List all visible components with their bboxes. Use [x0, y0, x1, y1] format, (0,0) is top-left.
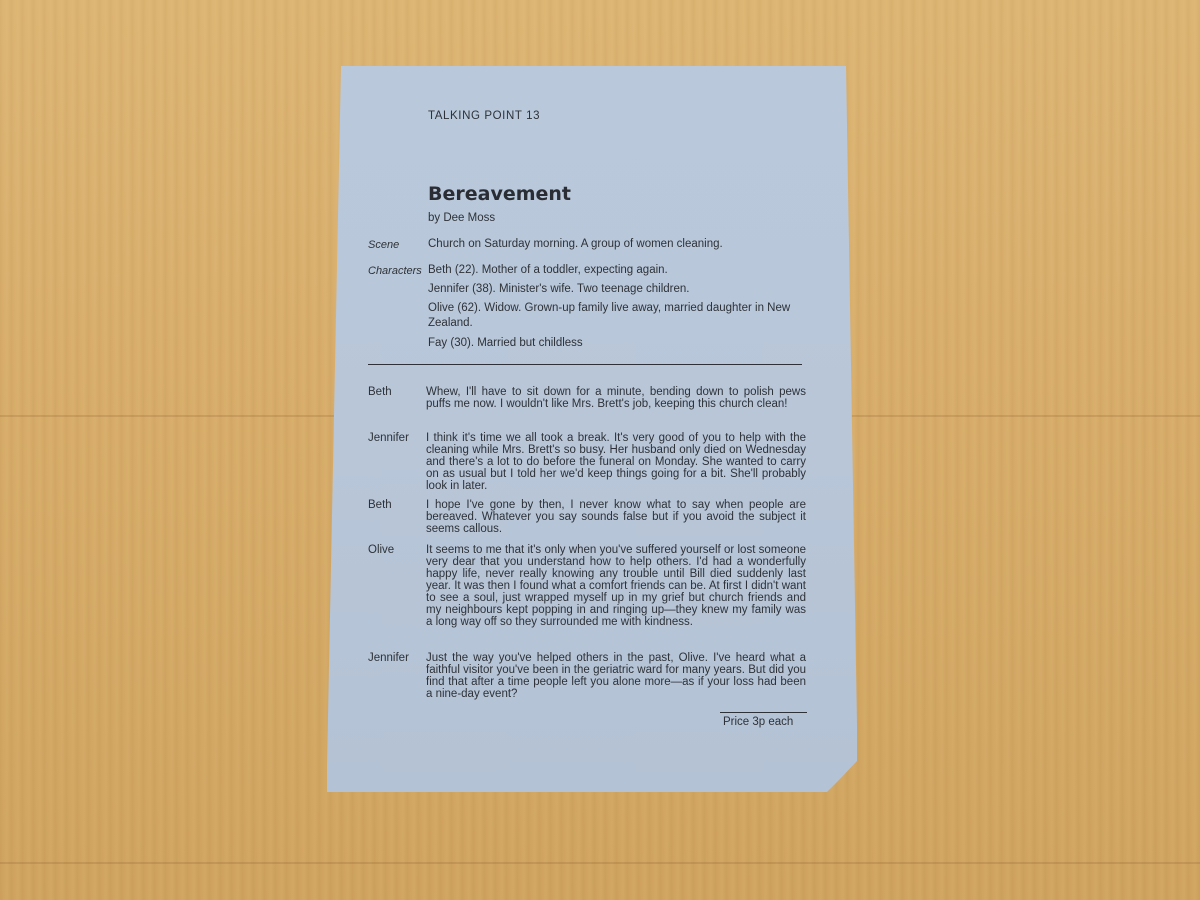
scene-label: Scene	[368, 239, 399, 251]
character-entry: Fay (30). Married but childless	[428, 336, 808, 351]
leaflet-page: TALKING POINT 13 Bereavement by Dee Moss…	[327, 66, 857, 792]
speaker-name: Jennifer	[368, 432, 409, 444]
table-plank-seam	[0, 862, 1200, 864]
series-heading: TALKING POINT 13	[428, 110, 540, 122]
character-entry: Olive (62). Widow. Grown-up family live …	[428, 301, 808, 331]
page-title: Bereavement	[428, 183, 571, 205]
dialogue-line: I think it's time we all took a break. I…	[426, 432, 806, 492]
speaker-name: Beth	[368, 499, 392, 511]
author-line: by Dee Moss	[428, 212, 495, 224]
scene-text: Church on Saturday morning. A group of w…	[428, 237, 808, 252]
price-label: Price 3p each	[723, 716, 793, 728]
price-rule	[720, 712, 807, 713]
speaker-name: Jennifer	[368, 652, 409, 664]
divider	[368, 364, 802, 365]
character-entry: Beth (22). Mother of a toddler, expectin…	[428, 263, 808, 278]
dialogue-line: Just the way you've helped others in the…	[426, 652, 806, 700]
speaker-name: Beth	[368, 386, 392, 398]
dialogue-line: It seems to me that it's only when you'v…	[426, 544, 806, 628]
characters-label: Characters	[368, 265, 422, 277]
character-entry: Jennifer (38). Minister's wife. Two teen…	[428, 282, 808, 297]
dialogue-line: Whew, I'll have to sit down for a minute…	[426, 386, 806, 410]
dialogue-line: I hope I've gone by then, I never know w…	[426, 499, 806, 535]
speaker-name: Olive	[368, 544, 394, 556]
